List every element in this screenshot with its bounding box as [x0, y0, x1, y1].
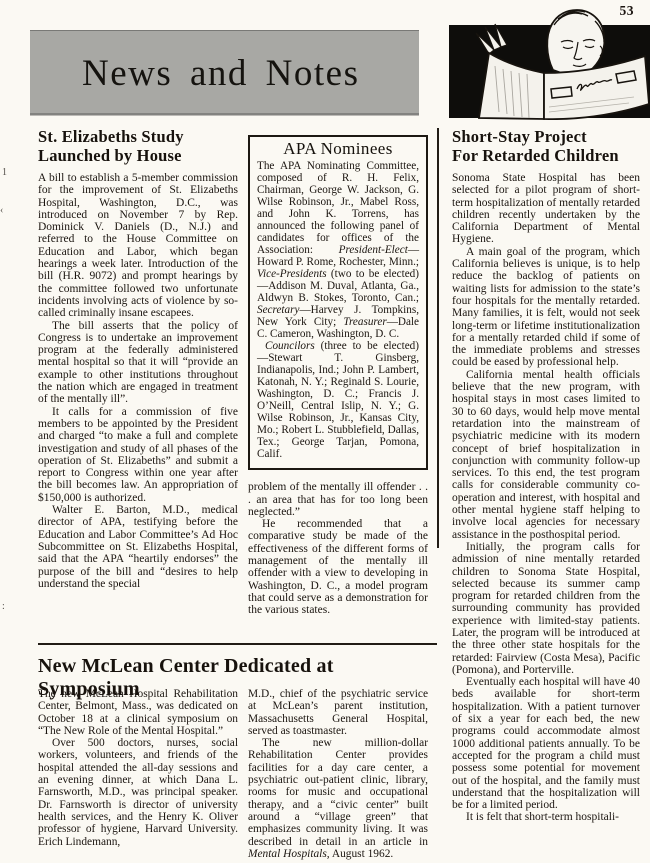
paragraph: It is felt that short-term hospitali-: [452, 811, 640, 823]
paragraph: Councilors (three to be elected) —Stewar…: [257, 340, 419, 460]
paragraph: A main goal of the program, which Califo…: [452, 246, 640, 369]
title-line: St. Elizabeths Study: [38, 127, 184, 146]
article-mclean-col2: M.D., chief of the psychiatric service a…: [248, 688, 428, 860]
scan-artifact: :: [2, 602, 5, 612]
article-st-elizabeths-title: St. Elizabeths Study Launched by House: [38, 127, 238, 165]
man-reading-newspaper-illustration: [449, 8, 650, 120]
paragraph: Over 500 doctors, nurses, social workers…: [38, 737, 238, 848]
paragraph: Sonoma State Hospital has been selected …: [452, 172, 640, 246]
apa-nominees-title: APA Nominees: [257, 143, 419, 155]
paragraph: The APA Nominating Committee, composed o…: [257, 160, 419, 340]
apa-nominees-box: APA Nominees The APA Nominating Committe…: [248, 135, 428, 470]
section-divider: [38, 643, 437, 645]
banner-title: News and Notes: [82, 30, 360, 115]
article-short-stay-body: Sonoma State Hospital has been selected …: [452, 172, 640, 824]
title-line: For Retarded Children: [452, 146, 619, 165]
paragraph: Initially, the program calls for admissi…: [452, 541, 640, 676]
banner: News and Notes: [30, 30, 419, 115]
title-line: Launched by House: [38, 146, 182, 165]
paragraph: problem of the mentally ill offender . .…: [248, 481, 428, 518]
article-short-stay: Short-Stay Project For Retarded Children…: [452, 127, 640, 824]
column-divider: [437, 128, 439, 548]
middle-column: APA Nominees The APA Nominating Committe…: [248, 135, 428, 617]
article-continuation: problem of the mentally ill offender . .…: [248, 481, 428, 616]
paragraph: The bill asserts that the policy of Cong…: [38, 320, 238, 406]
paragraph: The new McLean Hospital Rehabilitation C…: [38, 688, 238, 737]
scan-artifact: ‹: [0, 206, 3, 216]
paragraph: M.D., chief of the psychiatric service a…: [248, 688, 428, 737]
apa-nominees-body: The APA Nominating Committee, composed o…: [257, 160, 419, 460]
article-short-stay-title: Short-Stay Project For Retarded Children: [452, 127, 640, 165]
article-st-elizabeths-body: A bill to establish a 5-member commissio…: [38, 172, 238, 590]
paragraph: California mental health officials belie…: [452, 369, 640, 541]
paragraph: He recommended that a comparative study …: [248, 518, 428, 616]
page: 53 News and Notes St. Elizabeths Study: [0, 0, 650, 863]
paragraph: The new million-dollar Rehabilitation Ce…: [248, 737, 428, 860]
paragraph: Walter E. Barton, M.D., medical director…: [38, 504, 238, 590]
paragraph: A bill to establish a 5-member commissio…: [38, 172, 238, 320]
paragraph: Eventually each hospital will have 40 be…: [452, 676, 640, 811]
article-mclean-col1: The new McLean Hospital Rehabilitation C…: [38, 688, 238, 848]
article-st-elizabeths: St. Elizabeths Study Launched by House A…: [38, 127, 238, 590]
paragraph: It calls for a commission of five member…: [38, 406, 238, 504]
title-line: Short-Stay Project: [452, 127, 587, 146]
scan-artifact: 1: [2, 168, 7, 178]
